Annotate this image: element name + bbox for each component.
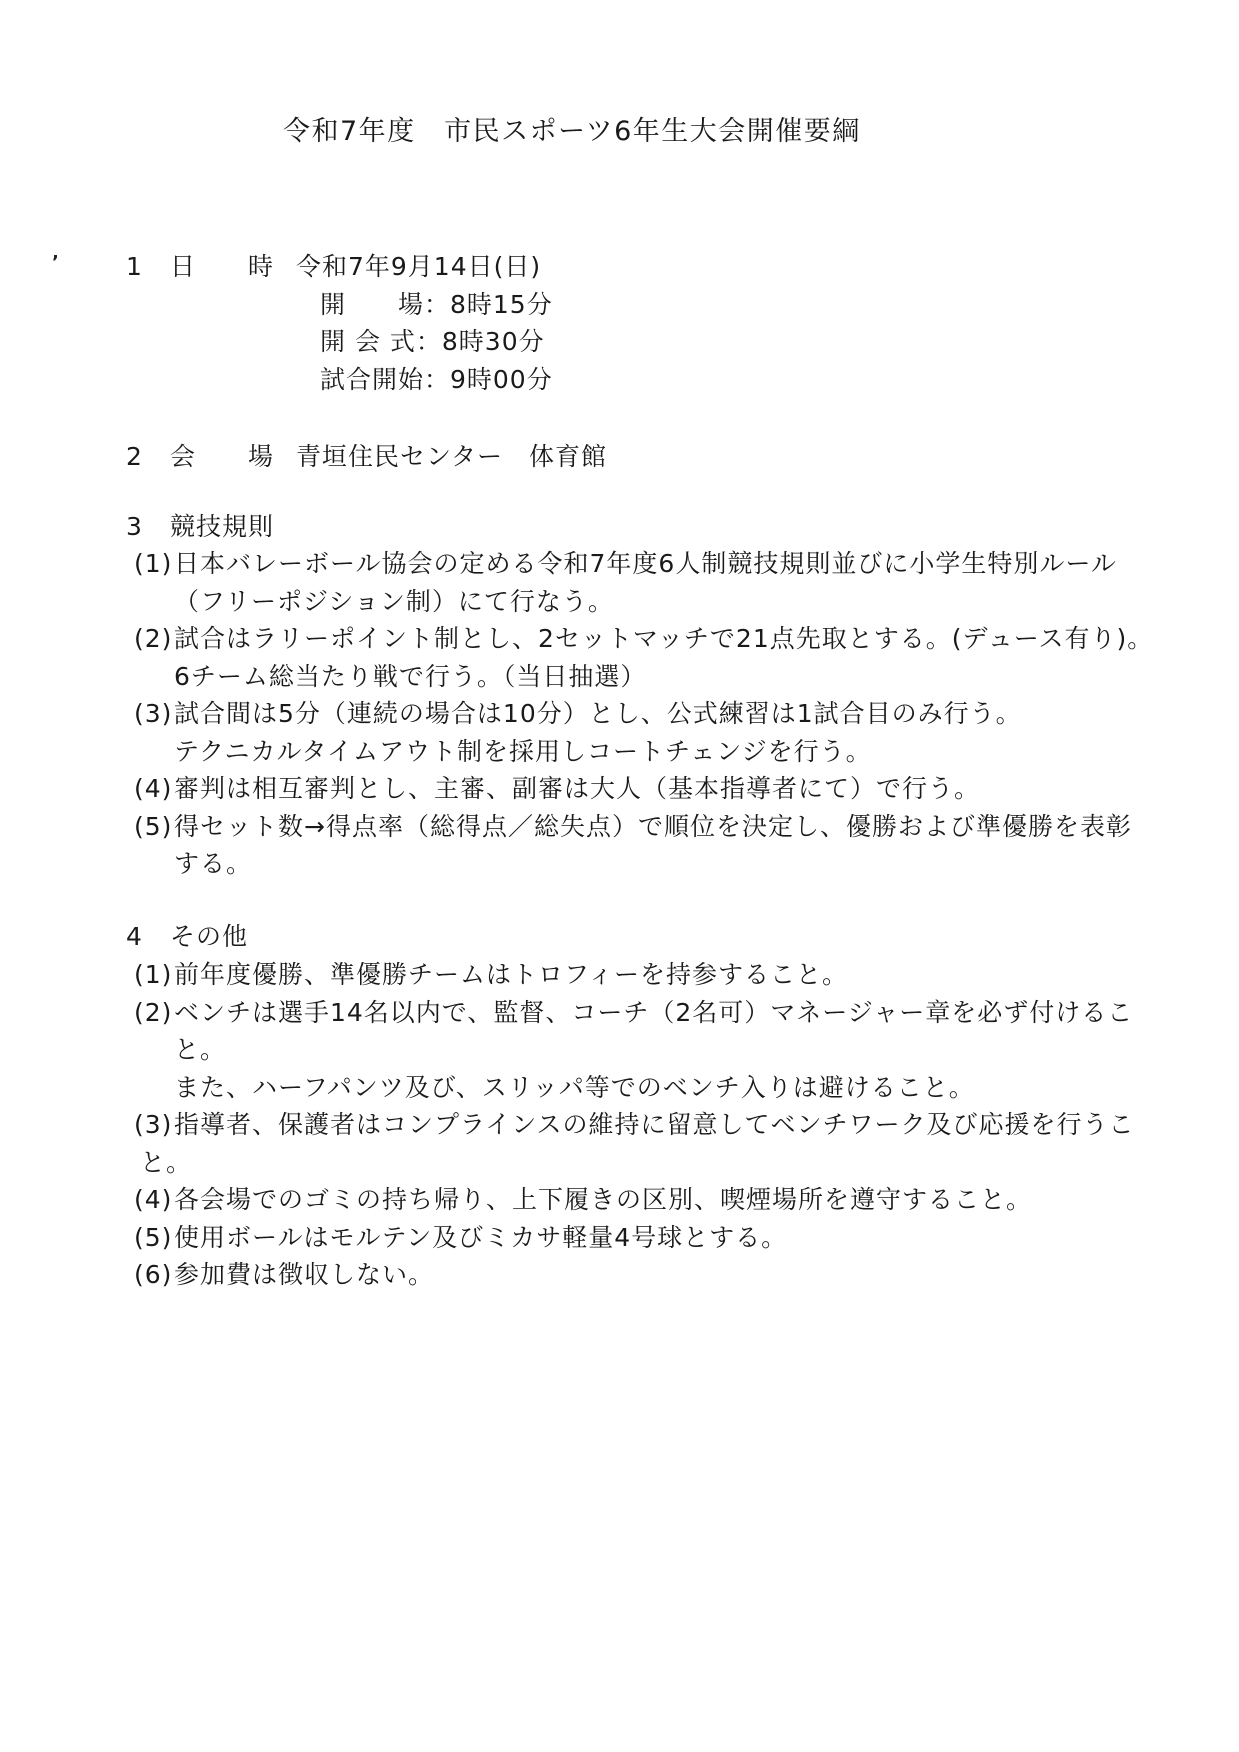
section-heading-row: 3 競技規則 [126, 508, 296, 546]
section-number: 2 [126, 438, 170, 476]
item-marker: (4) [134, 770, 174, 808]
section-body: 青垣住民センター 体育館 [296, 438, 607, 476]
item-text: と。 [174, 1031, 1135, 1069]
item-marker: (5) [134, 808, 174, 846]
document-line: 開 場：8時15分 [126, 286, 553, 324]
item-text: 日本バレーボール協会の定める令和7年度6人制競技規則並びに小学生特別ルール [174, 545, 1153, 583]
document-line: 試合開始：9時00分 [126, 361, 553, 399]
section-rules-items: (1) 日本バレーボール協会の定める令和7年度6人制競技規則並びに小学生特別ルー… [134, 545, 1153, 883]
item-text: また、ハーフパンツ及び、スリッパ等でのベンチ入りは避けること。 [174, 1069, 1135, 1107]
scan-speck-artifact: ’ [52, 254, 59, 272]
schedule-start-time: 試合開始：9時00分 [320, 361, 553, 399]
list-item: (1) 日本バレーボール協会の定める令和7年度6人制競技規則並びに小学生特別ルー… [134, 545, 1153, 583]
list-item-continuation: また、ハーフパンツ及び、スリッパ等でのベンチ入りは避けること。 [134, 1069, 1135, 1107]
item-marker: (1) [134, 545, 174, 583]
item-text: ベンチは選手14名以内で、監督、コーチ（2名可）マネージャー章を必ず付けるこ [174, 994, 1135, 1032]
item-marker: (5) [134, 1219, 174, 1257]
schedule-open-time: 開 場：8時15分 [320, 286, 553, 324]
section-heading: 日 時 [170, 248, 296, 286]
section-heading: 会 場 [170, 438, 296, 476]
item-text: 各会場でのゴミの持ち帰り、上下履きの区別、喫煙場所を遵守すること。 [174, 1181, 1135, 1219]
item-text: 使用ボールはモルテン及びミカサ軽量4号球とする。 [174, 1219, 1135, 1257]
item-marker: (1) [134, 956, 174, 994]
list-item: (1) 前年度優勝、準優勝チームはトロフィーを持参すること。 [134, 956, 1135, 994]
item-marker: (3) [134, 1106, 174, 1144]
section-number: 4 [126, 918, 170, 956]
list-item-continuation: （フリーポジション制）にて行なう。 [134, 583, 1153, 621]
section-rules-heading: 3 競技規則 [126, 508, 296, 546]
item-text: 試合はラリーポイント制とし、2セットマッチで21点先取とする。(デュース有り)。 [174, 620, 1153, 658]
document-line: 開 会 式：8時30分 [126, 323, 553, 361]
list-item: (5) 使用ボールはモルテン及びミカサ軽量4号球とする。 [134, 1219, 1135, 1257]
section-heading-row: 1 日 時 令和7年9月14日(日) [126, 248, 553, 286]
document-title: 令和7年度 市民スポーツ6年生大会開催要綱 [283, 112, 861, 152]
item-marker: (4) [134, 1181, 174, 1219]
item-text: と。 [140, 1144, 1135, 1182]
item-text: テクニカルタイムアウト制を採用しコートチェンジを行う。 [174, 733, 1153, 771]
item-text: 前年度優勝、準優勝チームはトロフィーを持参すること。 [174, 956, 1135, 994]
item-text: 指導者、保護者はコンプラインスの維持に留意してベンチワーク及び応援を行うこ [174, 1106, 1135, 1144]
section-venue: 2 会 場 青垣住民センター 体育館 [126, 438, 607, 476]
item-text: 参加費は徴収しない。 [174, 1256, 1135, 1294]
section-datetime: 1 日 時 令和7年9月14日(日) 開 場：8時15分 開 会 式：8時30分… [126, 248, 553, 398]
schedule-ceremony-time: 開 会 式：8時30分 [320, 323, 553, 361]
list-item-continuation: と。 [134, 1144, 1135, 1182]
list-item: (2) ベンチは選手14名以内で、監督、コーチ（2名可）マネージャー章を必ず付け… [134, 994, 1135, 1032]
section-number: 3 [126, 508, 170, 546]
list-item: (5) 得セット数→得点率（総得点／総失点）で順位を決定し、優勝および準優勝を表… [134, 808, 1153, 846]
list-item-continuation: と。 [134, 1031, 1135, 1069]
item-text: （フリーポジション制）にて行なう。 [174, 583, 1153, 621]
item-marker: (2) [134, 620, 174, 658]
list-item-continuation: する。 [134, 845, 1153, 883]
list-item-continuation: 6チーム総当たり戦で行う。（当日抽選） [134, 658, 1153, 696]
section-other-heading: 4 その他 [126, 918, 296, 956]
section-body: 令和7年9月14日(日) [296, 248, 541, 286]
item-text: 得セット数→得点率（総得点／総失点）で順位を決定し、優勝および準優勝を表彰 [174, 808, 1153, 846]
item-text: 試合間は5分（連続の場合は10分）とし、公式練習は1試合目のみ行う。 [174, 695, 1153, 733]
item-text: する。 [174, 845, 1153, 883]
section-heading-row: 2 会 場 青垣住民センター 体育館 [126, 438, 607, 476]
item-text: 審判は相互審判とし、主審、副審は大人（基本指導者にて）で行う。 [174, 770, 1153, 808]
item-marker: (6) [134, 1256, 174, 1294]
section-heading-row: 4 その他 [126, 918, 296, 956]
section-heading: その他 [170, 918, 296, 956]
item-marker: (2) [134, 994, 174, 1032]
list-item: (4) 各会場でのゴミの持ち帰り、上下履きの区別、喫煙場所を遵守すること。 [134, 1181, 1135, 1219]
section-heading: 競技規則 [170, 508, 296, 546]
list-item: (3) 指導者、保護者はコンプラインスの維持に留意してベンチワーク及び応援を行う… [134, 1106, 1135, 1144]
section-other-items: (1) 前年度優勝、準優勝チームはトロフィーを持参すること。 (2) ベンチは選… [134, 956, 1135, 1294]
list-item: (6) 参加費は徴収しない。 [134, 1256, 1135, 1294]
item-marker: (3) [134, 695, 174, 733]
list-item: (4) 審判は相互審判とし、主審、副審は大人（基本指導者にて）で行う。 [134, 770, 1153, 808]
list-item: (3) 試合間は5分（連続の場合は10分）とし、公式練習は1試合目のみ行う。 [134, 695, 1153, 733]
list-item-continuation: テクニカルタイムアウト制を採用しコートチェンジを行う。 [134, 733, 1153, 771]
section-number: 1 [126, 248, 170, 286]
item-text: 6チーム総当たり戦で行う。（当日抽選） [174, 658, 1153, 696]
list-item: (2) 試合はラリーポイント制とし、2セットマッチで21点先取とする。(デュース… [134, 620, 1153, 658]
scanned-document-page: ’ 令和7年度 市民スポーツ6年生大会開催要綱 1 日 時 令和7年9月14日(… [0, 0, 1239, 1752]
